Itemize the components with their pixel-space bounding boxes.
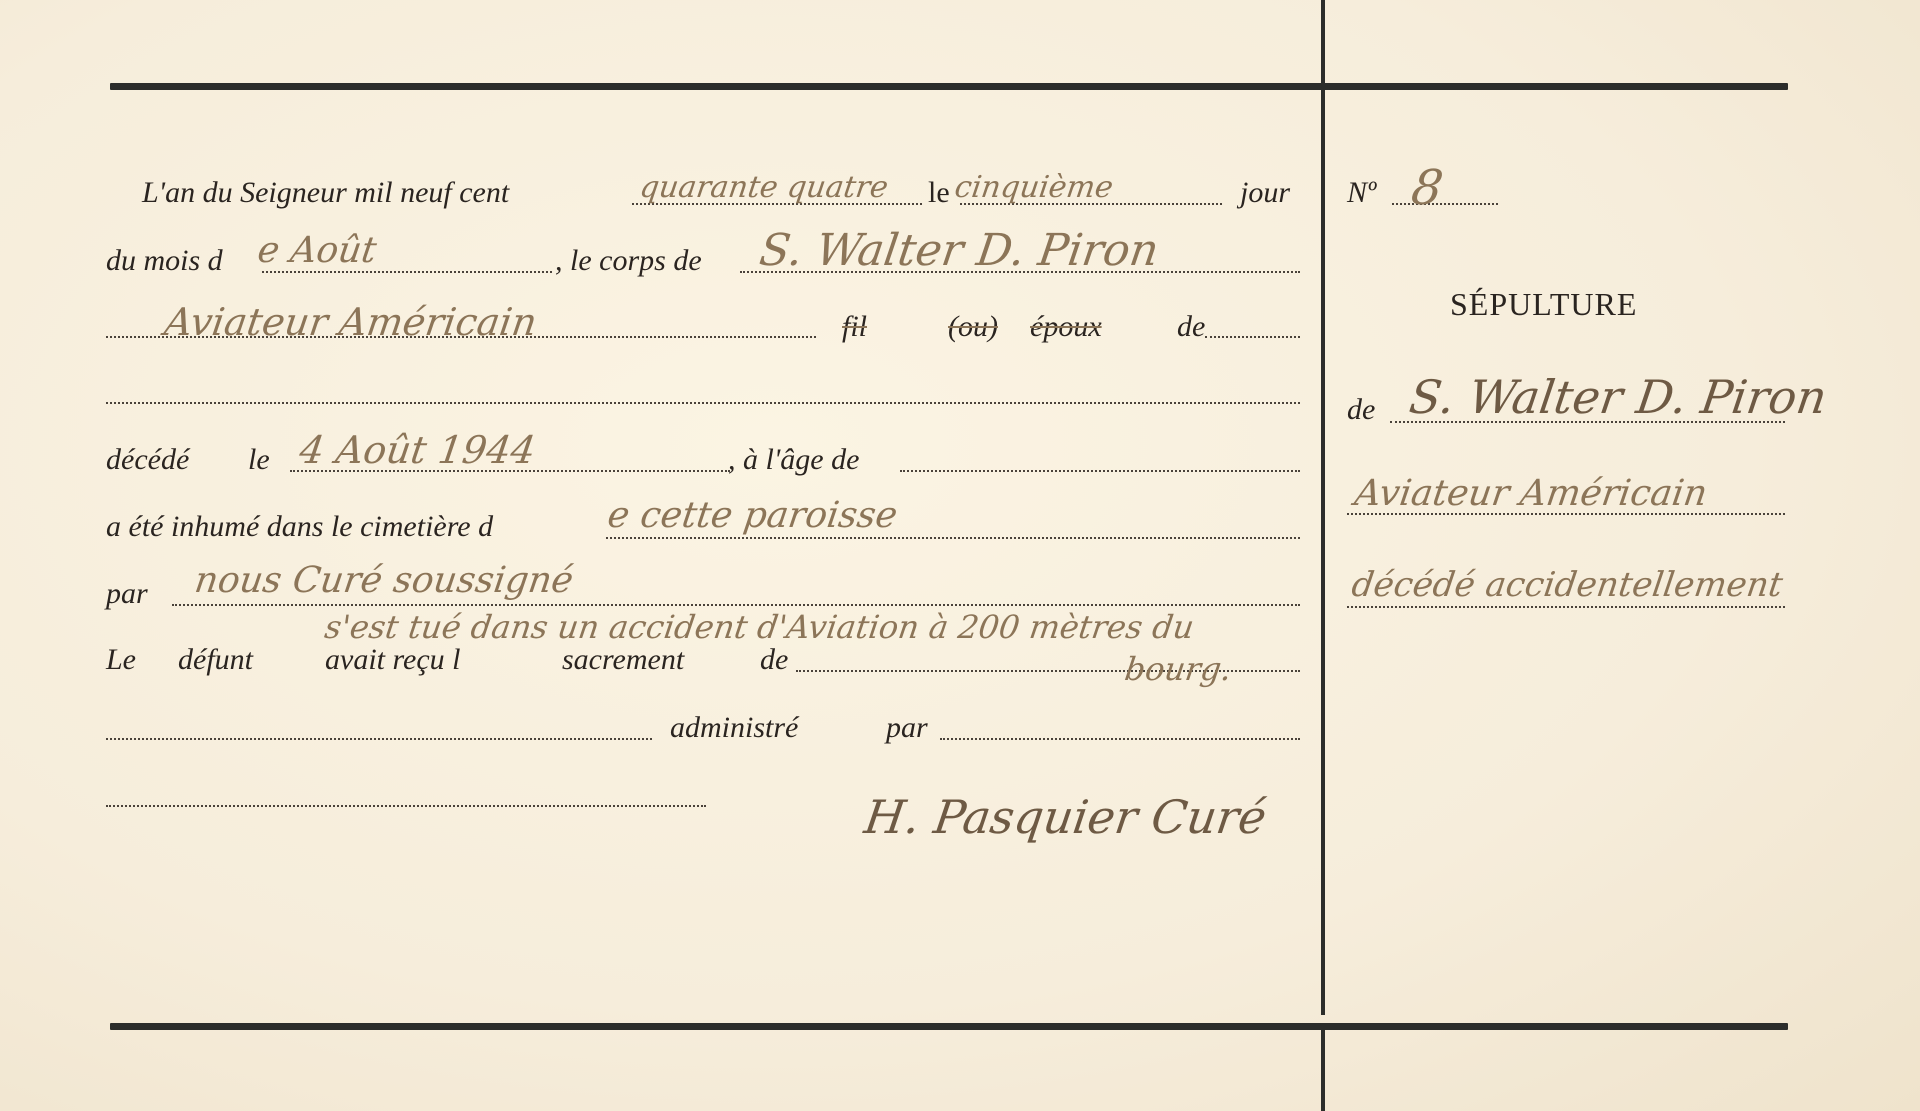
field-line-blank — [106, 805, 706, 807]
line1-suffix: jour — [1240, 176, 1290, 210]
occupation-field: Aviateur Américain — [162, 300, 540, 344]
line6-prefix: a été inhumé dans le cimetière d — [106, 510, 493, 544]
field-line — [606, 537, 1300, 539]
line8-de: de — [760, 643, 788, 677]
side-cause-field: décédé accidentellement — [1349, 565, 1785, 605]
cemetery-field: e cette paroisse — [605, 495, 900, 536]
number-label: Nº — [1347, 176, 1376, 210]
line1-mid: le — [928, 176, 950, 210]
avait-label: avait reçu l — [325, 643, 461, 677]
death-date-field: 4 Août 1944 — [297, 428, 538, 472]
field-line-blank — [106, 402, 1300, 404]
epoux-label: époux — [1030, 310, 1102, 344]
accident-note: s'est tué dans un accident d'Aviation à … — [322, 608, 1196, 646]
field-line — [900, 470, 1300, 472]
ou-label: (ou) — [948, 310, 998, 344]
sacrement-label: sacrement — [562, 643, 684, 677]
month-field: e Août — [255, 230, 379, 271]
field-line — [106, 738, 652, 740]
side-occupation-field: Aviateur Américain — [1352, 473, 1710, 514]
line5-le: le — [248, 443, 270, 477]
field-line — [1347, 606, 1785, 608]
section-title: SÉPULTURE — [1450, 286, 1637, 323]
line5-age: , à l'âge de — [728, 443, 859, 477]
day-field: cinquième — [953, 170, 1116, 205]
bottom-rule — [110, 1023, 1788, 1030]
accident-note-2: bourg. — [1122, 650, 1234, 688]
year-field: quarante quatre — [638, 170, 891, 205]
column-divider-top — [1321, 0, 1325, 1015]
side-name-field: S. Walter D. Piron — [1406, 370, 1830, 424]
line8-le: Le — [106, 643, 136, 677]
fil-label: fil — [842, 310, 867, 344]
line1-prefix: L'an du Seigneur mil neuf cent — [142, 176, 509, 210]
line5-prefix: décédé — [106, 443, 189, 477]
line9-par: par — [886, 711, 928, 745]
name-field: S. Walter D. Piron — [756, 225, 1161, 276]
side-de-label: de — [1347, 393, 1375, 427]
field-line — [940, 738, 1300, 740]
administre-label: administré — [670, 711, 798, 745]
field-line — [262, 271, 552, 273]
field-line — [1392, 203, 1498, 205]
line7-prefix: par — [106, 577, 148, 611]
line2-prefix: du mois d — [106, 244, 223, 278]
field-line — [1205, 336, 1300, 338]
column-divider-bottom — [1321, 1030, 1325, 1111]
officiant-field: nous Curé soussigné — [192, 560, 576, 601]
top-rule — [110, 83, 1788, 90]
priest-signature: H. Pasquier Curé — [861, 790, 1270, 844]
defunt-label: défunt — [178, 643, 253, 677]
entry-number: 8 — [1408, 160, 1446, 216]
field-line — [172, 604, 1300, 606]
line3-de: de — [1177, 310, 1205, 344]
line2-mid: , le corps de — [555, 244, 702, 278]
